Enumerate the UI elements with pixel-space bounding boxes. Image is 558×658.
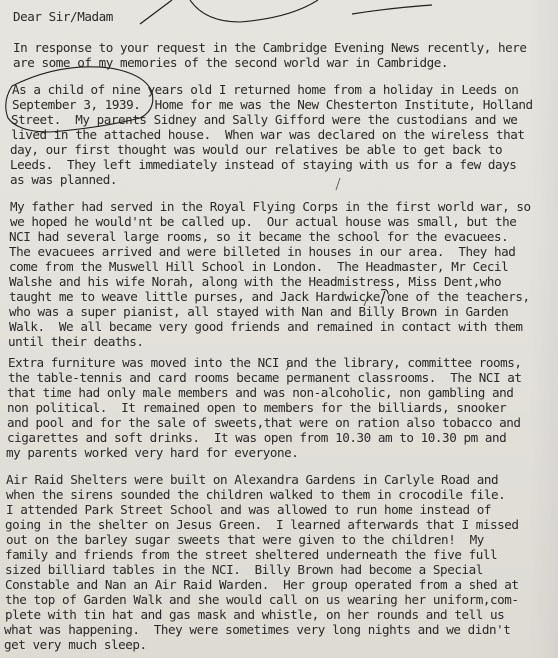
salutation: Dear Sir/Madam [13,9,113,24]
paragraph-2-line-4: lived in the attached house. When war wa… [11,127,525,142]
paragraph-2-line-7: as was planned. [10,172,117,187]
paragraph-2-line-2: September 3, 1939. Home for me was the N… [12,97,533,112]
paragraph-3-line-3: NCI had several large rooms, so it becam… [9,229,508,244]
paragraph-2-line-6: Leeds. They left immediately instead of … [10,157,516,172]
paragraph-3-line-4: The evacuees arrived and were billeted i… [9,244,515,259]
typed-letter-page: Dear Sir/Madam In response to your reque… [0,0,558,658]
pen-stroke-top-curve [190,0,318,22]
paragraph-5-line-8: Constable and Nan an Air Raid Warden. He… [5,577,519,592]
paragraph-4-line-2: the table-tennis and card rooms became p… [8,370,522,385]
paragraph-1-line-1: In response to your request in the Cambr… [13,40,527,55]
paragraph-4-line-6: cigarettes and soft drinks. It was open … [7,430,506,445]
paragraph-5-line-10: plete with tin hat and gas mask and whis… [5,607,504,622]
pen-tick-mark [336,178,340,190]
paragraph-1-line-2: are some of my memories of the second wo… [13,55,448,70]
paragraph-2-line-5: day, our first thought was would our rel… [10,142,502,157]
paragraph-3-line-2: we hoped he would'nt be called up. Our a… [10,214,516,229]
paragraph-4-line-7: my parents worked very hard for everyone… [6,445,298,460]
paragraph-5-line-12: get very much sleep. [4,637,147,652]
paragraph-5-line-5: out on the barley sugar sweets that were… [6,532,484,547]
paragraph-2-line-3: Street. My parents Sidney and Sally Giff… [11,112,517,127]
paragraph-5-line-2: when the sirens sounded the children wal… [6,487,505,502]
paragraph-5-line-3: I attended Park Street School and was al… [6,502,491,517]
paragraph-3-line-8: who was a super pianist, all stayed with… [9,304,508,319]
paragraph-4-line-4: non political. It remained open to membe… [7,400,506,415]
paragraph-3-line-7: taught me to weave little purses, and Ja… [9,289,530,304]
pen-stroke-top-right [352,5,432,14]
paragraph-4-line-3: that time had only male members and was … [7,385,513,400]
paragraph-5-line-4: going in the shelter on Jesus Green. I l… [5,517,519,532]
paragraph-5-line-9: the top of Garden Walk and she would cal… [5,592,519,607]
paragraph-3-line-9: Walk. We all became very good friends an… [9,319,523,334]
paragraph-3-line-6: Walshe and his wife Norah, along with th… [9,274,501,289]
paragraph-4-line-1: Extra furniture was moved into the NCI a… [8,355,522,370]
paragraph-5-line-1: Air Raid Shelters were built on Alexandr… [6,472,498,487]
paragraph-5-line-7: sized billiard tables in the NCI. Billy … [5,562,483,577]
paragraph-4-line-5: and pool and for the sale of sweets,that… [7,415,521,430]
paragraph-2-line-1: As a child of nine years old I returned … [12,82,518,97]
paragraph-3-line-1: My father had served in the Royal Flying… [10,199,531,214]
paragraph-5-line-6: family and friends from the street shelt… [5,547,497,562]
paragraph-3-line-5: come from the Muswell Hill School in Lon… [9,259,508,274]
paragraph-5-line-11: what was happening. They were sometimes … [4,622,510,637]
paragraph-3-line-10: until their deaths. [8,334,144,349]
pen-stroke-top-left [140,0,172,24]
